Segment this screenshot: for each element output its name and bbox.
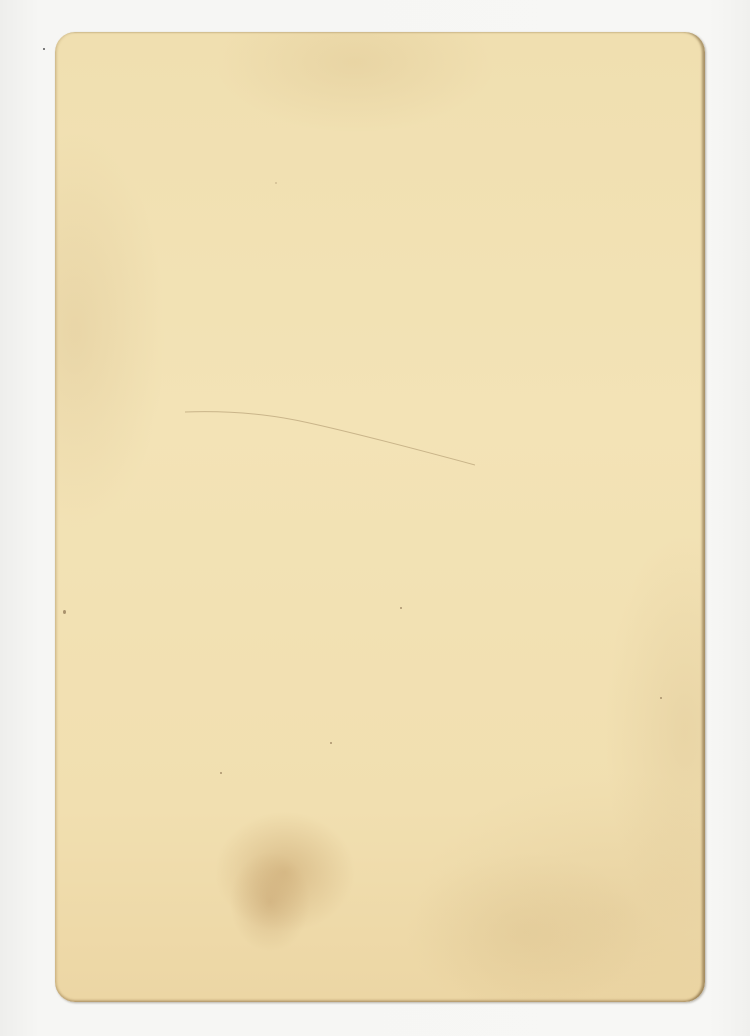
speck	[220, 772, 222, 774]
stray-dot	[43, 48, 45, 50]
scratch-mark	[185, 410, 475, 470]
speck	[400, 607, 402, 609]
speck	[275, 182, 277, 184]
cabinet-card-back	[55, 32, 705, 1002]
speck	[63, 610, 66, 614]
speck	[330, 742, 332, 744]
speck	[660, 697, 662, 699]
